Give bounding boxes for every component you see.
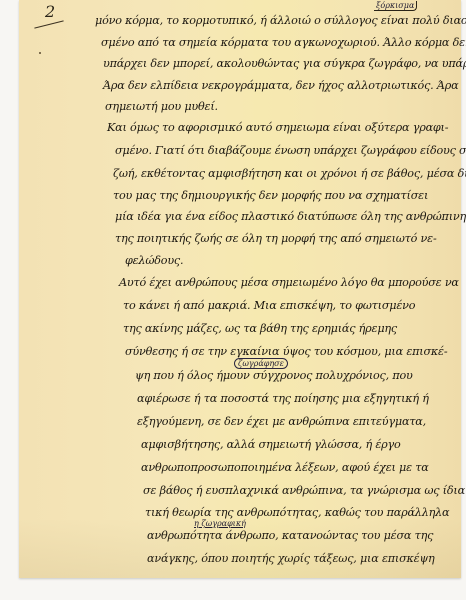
text-line: σμένο. Γιατί ότι διαβάζουμε ένωση υπάρχε… (115, 144, 466, 158)
text-line: ανθρωποπροσωποποιημένα λέξεων, αφού έχει… (141, 461, 429, 475)
text-line: σύνθεσης ή σε την εγκαίνια ύψος του κόσμ… (125, 345, 447, 359)
text-line: μία ιδέα για ένα είδος πλαστικό διατύπωσ… (115, 210, 466, 224)
page-number: 2 (45, 2, 55, 21)
text-line: σε βάθος ή ευσπλαχνικά ανθρώπινα, τα γνώ… (143, 484, 466, 498)
text-line: σμένο από τα σημεία κόρματα του αγκωνοχω… (101, 36, 466, 50)
interlinear-insertion: η ζωγραφική (194, 519, 246, 528)
text-line: αφιέρωσε ή τα ποσοστά της ποίησης μια εξ… (137, 392, 429, 406)
manuscript-page: 2 ξόρκισμα ζωγράφησε η ζωγραφική μόνο κό… (19, 0, 461, 578)
text-line: της ακίνης μάζες, ως τα βάθη της ερημιάς… (123, 322, 397, 336)
text-line: ψη που ή όλος ήμουν σύγχρονος πολυχρόνιο… (135, 369, 413, 383)
text-line: υπάρχει δεν μπορεί, ακολουθώντας για σύγ… (103, 57, 466, 71)
interlinear-insertion: ζωγράφησε (234, 358, 288, 369)
text-line: της ποιητικής ζωής σε όλη τη μορφή της α… (115, 232, 437, 246)
text-line: ζωή, εκθέτοντας αμφισβήτηση και οι χρόνο… (113, 167, 466, 181)
text-line: του μας της δημιουργικής δεν μορφής που … (113, 189, 428, 203)
text-line: σημειωτή μου μυθεί. (105, 100, 218, 114)
text-line: Αυτό έχει ανθρώπους μέσα σημειωμένο λόγο… (119, 276, 459, 290)
page-number-underline (34, 20, 63, 28)
text-line: Άρα δεν ελπίδεια νεκρογράμματα, δεν ήχος… (103, 79, 458, 93)
text-line: το κάνει ή από μακριά. Μια επισκέψη, το … (123, 299, 415, 313)
text-line: φελώδους. (125, 254, 183, 268)
text-line: μόνο κόρμα, το κορμοτυπικό, ή άλλοιώ ο σ… (95, 14, 466, 28)
text-line: εξηγούμενη, σε δεν έχει με ανθρώπινα επι… (137, 415, 426, 429)
text-line: Και όμως το αφορισμικό αυτό σημειωμα είν… (107, 121, 448, 135)
margin-mark (39, 52, 41, 54)
text-line: αμφισβήτησης, αλλά σημειωτή γλώσσα, ή έρ… (141, 438, 401, 452)
text-line: ανάγκης, όπου ποιητής χωρίς τάξεως, μια … (147, 552, 435, 566)
text-line: τική θεωρία της ανθρωπότητας, καθώς του … (145, 506, 449, 520)
interlinear-insertion: ξόρκισμα (374, 1, 417, 11)
text-line: ανθρωπότητα άνθρωπο, κατανοώντας του μέσ… (147, 529, 433, 543)
